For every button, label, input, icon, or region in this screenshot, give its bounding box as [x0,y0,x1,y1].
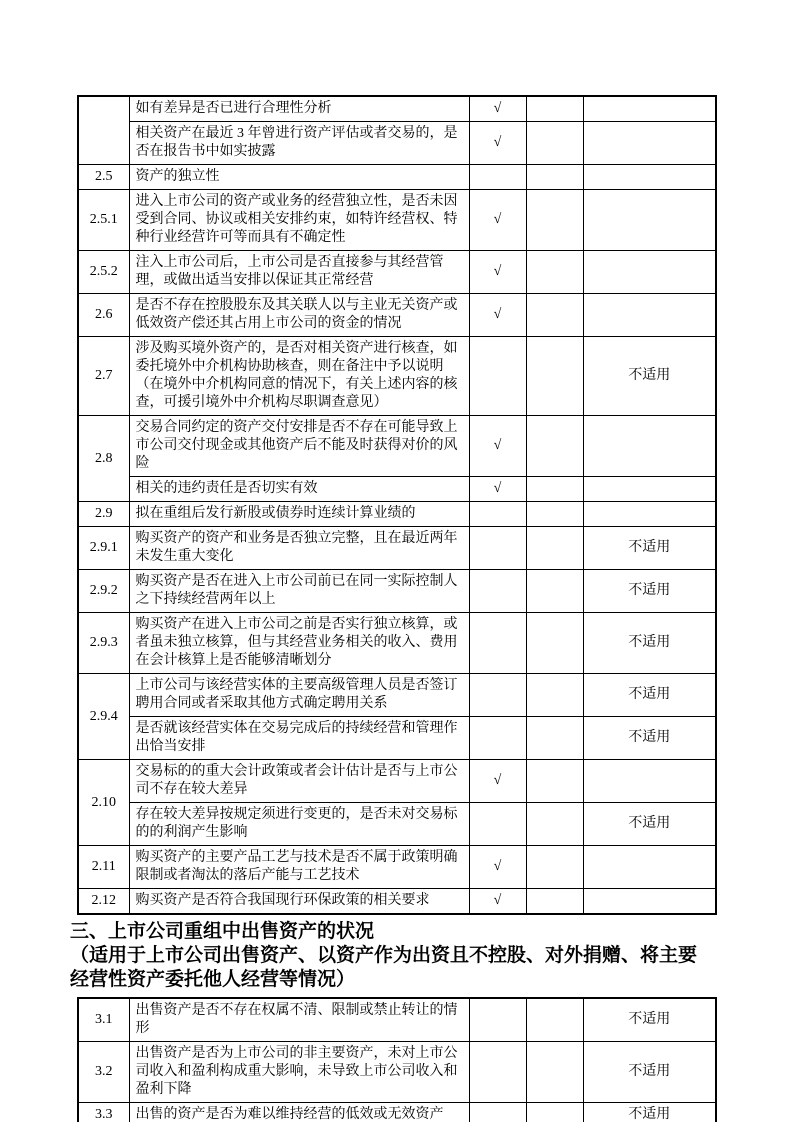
check-cell: √ [469,477,526,502]
blank-cell [526,337,583,416]
item-number-cell: 2.9.2 [78,570,129,613]
section-3-subtitle: （适用于上市公司出售资产、以资产作为出资且不控股、对外捐赠、将主要经营性资产委托… [70,944,710,992]
item-description-cell: 相关的违约责任是否切实有效 [129,477,469,502]
check-cell [469,502,526,527]
item-number-cell: 2.5.1 [78,190,129,251]
item-description-cell: 交易合同约定的资产交付安排是否不存在可能导致上市公司交付现金或其他资产后不能及时… [129,416,469,477]
check-cell [469,337,526,416]
check-cell [469,165,526,190]
table-row: 存在较大差异按规定须进行变更的，是否未对交易标的的利润产生影响 不适用 [78,803,716,846]
table-row: 2.9.3 购买资产在进入上市公司之前是否实行独立核算，或者虽未独立核算，但与其… [78,613,716,674]
check-cell [469,613,526,674]
item-number-cell: 2.6 [78,294,129,337]
section-3-heading: 三、上市公司重组中出售资产的状况 （适用于上市公司出售资产、以资产作为出资且不控… [70,920,710,992]
item-description-cell: 购买资产的资产和业务是否独立完整，且在最近两年未发生重大变化 [129,527,469,570]
not-applicable-cell [583,96,716,122]
not-applicable-cell: 不适用 [583,527,716,570]
not-applicable-cell: 不适用 [583,570,716,613]
check-cell: √ [469,760,526,803]
check-cell: √ [469,416,526,477]
blank-cell [526,613,583,674]
table-row: 2.9.1 购买资产的资产和业务是否独立完整，且在最近两年未发生重大变化 不适用 [78,527,716,570]
item-number-cell: 2.9 [78,502,129,527]
check-cell: √ [469,251,526,294]
check-cell [469,570,526,613]
item-description-cell: 是否就该经营实体在交易完成后的持续经营和管理作出恰当安排 [129,717,469,760]
table-row: 2.7 涉及购买境外资产的，是否对相关资产进行核查，如委托境外中介机构协助核查，… [78,337,716,416]
blank-cell [526,998,583,1042]
item-description-cell: 是否不存在控股股东及其关联人以与主业无关资产或低效资产偿还其占用上市公司的资金的… [129,294,469,337]
document-page: 如有差异是否已进行合理性分析 √ 相关资产在最近 3 年曾进行资产评估或者交易的… [0,0,793,1122]
item-number-cell: 2.5 [78,165,129,190]
table-row: 相关资产在最近 3 年曾进行资产评估或者交易的，是否在报告书中如实披露 √ [78,122,716,165]
check-cell [469,717,526,760]
check-cell: √ [469,889,526,915]
item-number-cell: 3.1 [78,998,129,1042]
item-description-cell: 购买资产在进入上市公司之前是否实行独立核算，或者虽未独立核算，但与其经营业务相关… [129,613,469,674]
not-applicable-cell [583,416,716,477]
not-applicable-cell [583,165,716,190]
table-row: 2.6 是否不存在控股股东及其关联人以与主业无关资产或低效资产偿还其占用上市公司… [78,294,716,337]
blank-cell [526,502,583,527]
not-applicable-cell: 不适用 [583,337,716,416]
table-row: 2.9.4 上市公司与该经营实体的主要高级管理人员是否签订聘用合同或者采取其他方… [78,674,716,717]
table-row: 3.1 出售资产是否不存在权属不清、限制或禁止转让的情形 不适用 [78,998,716,1042]
check-cell [469,1042,526,1103]
item-number-cell: 2.12 [78,889,129,915]
item-number-cell: 2.10 [78,760,129,846]
table-row: 2.9.2 购买资产是否在进入上市公司前已在同一实际控制人之下持续经营两年以上 … [78,570,716,613]
item-number-cell: 3.3 [78,1103,129,1122]
not-applicable-cell: 不适用 [583,998,716,1042]
not-applicable-cell [583,889,716,915]
blank-cell [526,760,583,803]
item-description-cell: 拟在重组后发行新股或债券时连续计算业绩的 [129,502,469,527]
item-number-cell: 2.9.3 [78,613,129,674]
not-applicable-cell [583,846,716,889]
not-applicable-cell [583,190,716,251]
blank-cell [526,1042,583,1103]
check-cell [469,998,526,1042]
table-row: 2.5.1 进入上市公司的资产或业务的经营独立性，是否未因受到合同、协议或相关安… [78,190,716,251]
item-description-cell: 出售的资产是否为难以维持经营的低效或无效资产 [129,1103,469,1122]
item-number-cell: 2.9.4 [78,674,129,760]
not-applicable-cell: 不适用 [583,803,716,846]
item-number-cell [78,96,129,165]
item-number-cell: 3.2 [78,1042,129,1103]
blank-cell [526,122,583,165]
blank-cell [526,570,583,613]
not-applicable-cell [583,294,716,337]
check-cell [469,674,526,717]
blank-cell [526,1103,583,1122]
item-description-cell: 如有差异是否已进行合理性分析 [129,96,469,122]
section-2-checklist-table: 如有差异是否已进行合理性分析 √ 相关资产在最近 3 年曾进行资产评估或者交易的… [77,95,717,915]
item-description-cell: 购买资产是否在进入上市公司前已在同一实际控制人之下持续经营两年以上 [129,570,469,613]
blank-cell [526,477,583,502]
table-row: 2.5.2 注入上市公司后，上市公司是否直接参与其经营管理，或做出适当安排以保证… [78,251,716,294]
check-cell [469,1103,526,1122]
check-cell: √ [469,294,526,337]
check-cell: √ [469,122,526,165]
table-row: 2.11 购买资产的主要产品工艺与技术是否不属于政策明确限制或者淘汰的落后产能与… [78,846,716,889]
blank-cell [526,527,583,570]
item-description-cell: 购买资产的主要产品工艺与技术是否不属于政策明确限制或者淘汰的落后产能与工艺技术 [129,846,469,889]
blank-cell [526,717,583,760]
table-row: 是否就该经营实体在交易完成后的持续经营和管理作出恰当安排 不适用 [78,717,716,760]
item-description-cell: 相关资产在最近 3 年曾进行资产评估或者交易的，是否在报告书中如实披露 [129,122,469,165]
item-description-cell: 出售资产是否不存在权属不清、限制或禁止转让的情形 [129,998,469,1042]
table-row: 2.8 交易合同约定的资产交付安排是否不存在可能导致上市公司交付现金或其他资产后… [78,416,716,477]
item-number-cell: 2.8 [78,416,129,502]
table-row: 3.2 出售资产是否为上市公司的非主要资产，未对上市公司收入和盈利构成重大影响，… [78,1042,716,1103]
table-row: 相关的违约责任是否切实有效 √ [78,477,716,502]
not-applicable-cell: 不适用 [583,1042,716,1103]
not-applicable-cell: 不适用 [583,1103,716,1122]
blank-cell [526,190,583,251]
check-cell [469,527,526,570]
blank-cell [526,294,583,337]
item-number-cell: 2.5.2 [78,251,129,294]
item-description-cell: 出售资产是否为上市公司的非主要资产，未对上市公司收入和盈利构成重大影响，未导致上… [129,1042,469,1103]
item-number-cell: 2.11 [78,846,129,889]
blank-cell [526,803,583,846]
blank-cell [526,416,583,477]
section-3-checklist-table: 3.1 出售资产是否不存在权属不清、限制或禁止转让的情形 不适用 3.2 出售资… [77,997,717,1122]
item-description-cell: 注入上市公司后，上市公司是否直接参与其经营管理，或做出适当安排以保证其正常经营 [129,251,469,294]
not-applicable-cell [583,760,716,803]
item-description-cell: 购买资产是否符合我国现行环保政策的相关要求 [129,889,469,915]
table-row: 2.12 购买资产是否符合我国现行环保政策的相关要求 √ [78,889,716,915]
item-description-cell: 进入上市公司的资产或业务的经营独立性，是否未因受到合同、协议或相关安排约束，如特… [129,190,469,251]
blank-cell [526,846,583,889]
section-3-title: 三、上市公司重组中出售资产的状况 [70,920,710,944]
item-description-cell: 涉及购买境外资产的，是否对相关资产进行核查，如委托境外中介机构协助核查，则在备注… [129,337,469,416]
table-row: 2.9 拟在重组后发行新股或债券时连续计算业绩的 [78,502,716,527]
not-applicable-cell: 不适用 [583,674,716,717]
not-applicable-cell [583,122,716,165]
blank-cell [526,889,583,915]
table-row: 3.3 出售的资产是否为难以维持经营的低效或无效资产 不适用 [78,1103,716,1122]
not-applicable-cell: 不适用 [583,717,716,760]
not-applicable-cell [583,502,716,527]
item-description-cell: 存在较大差异按规定须进行变更的，是否未对交易标的的利润产生影响 [129,803,469,846]
item-description-cell: 交易标的的重大会计政策或者会计估计是否与上市公司不存在较大差异 [129,760,469,803]
checklist-document: 如有差异是否已进行合理性分析 √ 相关资产在最近 3 年曾进行资产评估或者交易的… [77,95,715,1122]
blank-cell [526,96,583,122]
table-row: 2.5 资产的独立性 [78,165,716,190]
check-cell: √ [469,96,526,122]
not-applicable-cell [583,251,716,294]
table-row: 2.10 交易标的的重大会计政策或者会计估计是否与上市公司不存在较大差异 √ [78,760,716,803]
blank-cell [526,674,583,717]
item-number-cell: 2.7 [78,337,129,416]
blank-cell [526,251,583,294]
item-description-cell: 资产的独立性 [129,165,469,190]
item-number-cell: 2.9.1 [78,527,129,570]
check-cell: √ [469,846,526,889]
table-row: 如有差异是否已进行合理性分析 √ [78,96,716,122]
check-cell: √ [469,190,526,251]
check-cell [469,803,526,846]
not-applicable-cell: 不适用 [583,613,716,674]
not-applicable-cell [583,477,716,502]
blank-cell [526,165,583,190]
item-description-cell: 上市公司与该经营实体的主要高级管理人员是否签订聘用合同或者采取其他方式确定聘用关… [129,674,469,717]
